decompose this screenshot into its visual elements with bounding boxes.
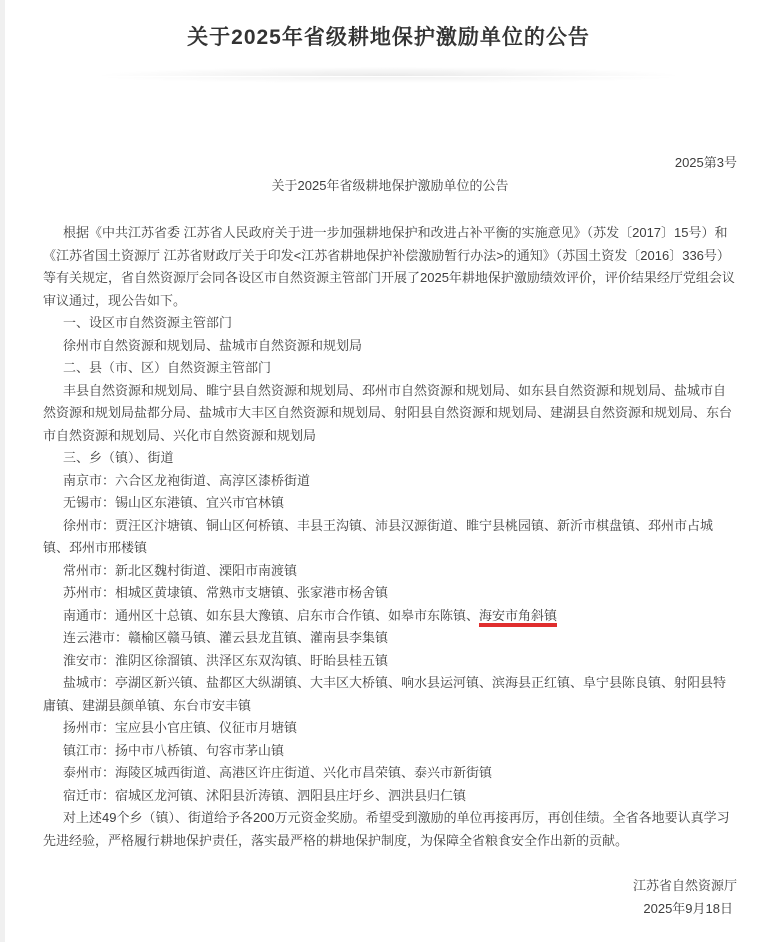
paragraph: 常州市：新北区魏村街道、溧阳市南渡镇 <box>43 560 737 583</box>
paragraph: 泰州市：海陵区城西街道、高港区许庄街道、兴化市昌荣镇、泰兴市新街镇 <box>43 762 737 785</box>
paragraph-text: 二、县（市、区）自然资源主管部门 <box>63 360 271 375</box>
paragraph: 徐州市自然资源和规划局、盐城市自然资源和规划局 <box>43 335 737 358</box>
paragraph-text: 连云港市：赣榆区赣马镇、灌云县龙苴镇、灌南县李集镇 <box>63 630 388 645</box>
title-divider <box>26 64 751 85</box>
paragraph-text: 淮安市：淮阴区徐溜镇、洪泽区东双沟镇、盱眙县桂五镇 <box>63 653 388 668</box>
paragraph-text: 丰县自然资源和规划局、睢宁县自然资源和规划局、邳州市自然资源和规划局、如东县自然… <box>43 383 732 443</box>
paragraph: 扬州市：宝应县小官庄镇、仪征市月塘镇 <box>43 717 737 740</box>
paragraph: 宿迁市：宿城区龙河镇、沭阳县沂涛镇、泗阳县庄圩乡、泗洪县归仁镇 <box>43 785 737 808</box>
paragraph: 丰县自然资源和规划局、睢宁县自然资源和规划局、邳州市自然资源和规划局、如东县自然… <box>43 380 737 448</box>
paragraph: 无锡市：锡山区东港镇、宜兴市官林镇 <box>43 492 737 515</box>
doc-number: 2025第3号 <box>43 152 737 175</box>
page-title: 关于2025年省级耕地保护激励单位的公告 <box>0 23 777 53</box>
paragraph: 盐城市：亭湖区新兴镇、盐都区大纵湖镇、大丰区大桥镇、响水县运河镇、滨海县正红镇、… <box>43 672 737 717</box>
divider-shadow-bottom <box>26 77 751 85</box>
paragraph-text: 徐州市自然资源和规划局、盐城市自然资源和规划局 <box>63 338 362 353</box>
paragraph-text: 盐城市：亭湖区新兴镇、盐都区大纵湖镇、大丰区大桥镇、响水县运河镇、滨海县正红镇、… <box>43 675 726 713</box>
publish-date: 2025年9月18日 <box>43 898 737 921</box>
highlighted-town: 海安市角斜镇 <box>479 608 557 627</box>
paragraph-text: 南通市：通州区十总镇、如东县大豫镇、启东市合作镇、如皋市东陈镇、 <box>63 608 479 623</box>
paragraph-text: 南京市：六合区龙袍街道、高淳区漆桥街道 <box>63 473 310 488</box>
paragraph: 淮安市：淮阴区徐溜镇、洪泽区东双沟镇、盱眙县桂五镇 <box>43 650 737 673</box>
paragraph-text: 一、设区市自然资源主管部门 <box>63 315 232 330</box>
paragraph-text: 常州市：新北区魏村街道、溧阳市南渡镇 <box>63 563 297 578</box>
paragraph-list: 根据《中共江苏省委 江苏省人民政府关于进一步加强耕地保护和改进占补平衡的实施意见… <box>43 222 737 852</box>
paragraph: 一、设区市自然资源主管部门 <box>43 312 737 335</box>
paragraph-text: 根据《中共江苏省委 江苏省人民政府关于进一步加强耕地保护和改进占补平衡的实施意见… <box>43 225 735 308</box>
paragraph-text: 三、乡（镇）、街道 <box>63 450 174 465</box>
paragraph: 苏州市：相城区黄埭镇、常熟市支塘镇、张家港市杨舍镇 <box>43 582 737 605</box>
paragraph: 徐州市：贾汪区汴塘镇、铜山区何桥镇、丰县王沟镇、沛县汉源街道、睢宁县桃园镇、新沂… <box>43 515 737 560</box>
paragraph: 二、县（市、区）自然资源主管部门 <box>43 357 737 380</box>
divider-shadow-top <box>26 64 751 76</box>
paragraph: 南通市：通州区十总镇、如东县大豫镇、启东市合作镇、如皋市东陈镇、海安市角斜镇 <box>43 605 737 628</box>
paragraph: 南京市：六合区龙袍街道、高淳区漆桥街道 <box>43 470 737 493</box>
signature: 江苏省自然资源厅 <box>43 875 737 898</box>
announcement-document: 关于2025年省级耕地保护激励单位的公告 2025第3号 关于2025年省级耕地… <box>0 0 777 920</box>
signature-block: 江苏省自然资源厅 2025年9月18日 <box>43 875 737 920</box>
paragraph: 根据《中共江苏省委 江苏省人民政府关于进一步加强耕地保护和改进占补平衡的实施意见… <box>43 222 737 312</box>
paragraph: 对上述49个乡（镇）、街道给予各200万元资金奖励。希望受到激励的单位再接再厉，… <box>43 807 737 852</box>
paragraph-text: 镇江市：扬中市八桥镇、句容市茅山镇 <box>63 743 284 758</box>
paragraph-text: 苏州市：相城区黄埭镇、常熟市支塘镇、张家港市杨舍镇 <box>63 585 388 600</box>
paragraph-text: 对上述49个乡（镇）、街道给予各200万元资金奖励。希望受到激励的单位再接再厉，… <box>43 810 730 848</box>
paragraph-text: 宿迁市：宿城区龙河镇、沭阳县沂涛镇、泗阳县庄圩乡、泗洪县归仁镇 <box>63 788 466 803</box>
doc-subtitle: 关于2025年省级耕地保护激励单位的公告 <box>43 175 737 198</box>
paragraph: 连云港市：赣榆区赣马镇、灌云县龙苴镇、灌南县李集镇 <box>43 627 737 650</box>
paragraph-text: 泰州市：海陵区城西街道、高港区许庄街道、兴化市昌荣镇、泰兴市新街镇 <box>63 765 492 780</box>
paragraph: 三、乡（镇）、街道 <box>43 447 737 470</box>
left-edge-strip <box>0 0 5 942</box>
paragraph-text: 扬州市：宝应县小官庄镇、仪征市月塘镇 <box>63 720 297 735</box>
paragraph-text: 无锡市：锡山区东港镇、宜兴市官林镇 <box>63 495 284 510</box>
paragraph: 镇江市：扬中市八桥镇、句容市茅山镇 <box>43 740 737 763</box>
article-body: 2025第3号 关于2025年省级耕地保护激励单位的公告 根据《中共江苏省委 江… <box>0 152 777 920</box>
paragraph-text: 徐州市：贾汪区汴塘镇、铜山区何桥镇、丰县王沟镇、沛县汉源街道、睢宁县桃园镇、新沂… <box>43 518 713 556</box>
